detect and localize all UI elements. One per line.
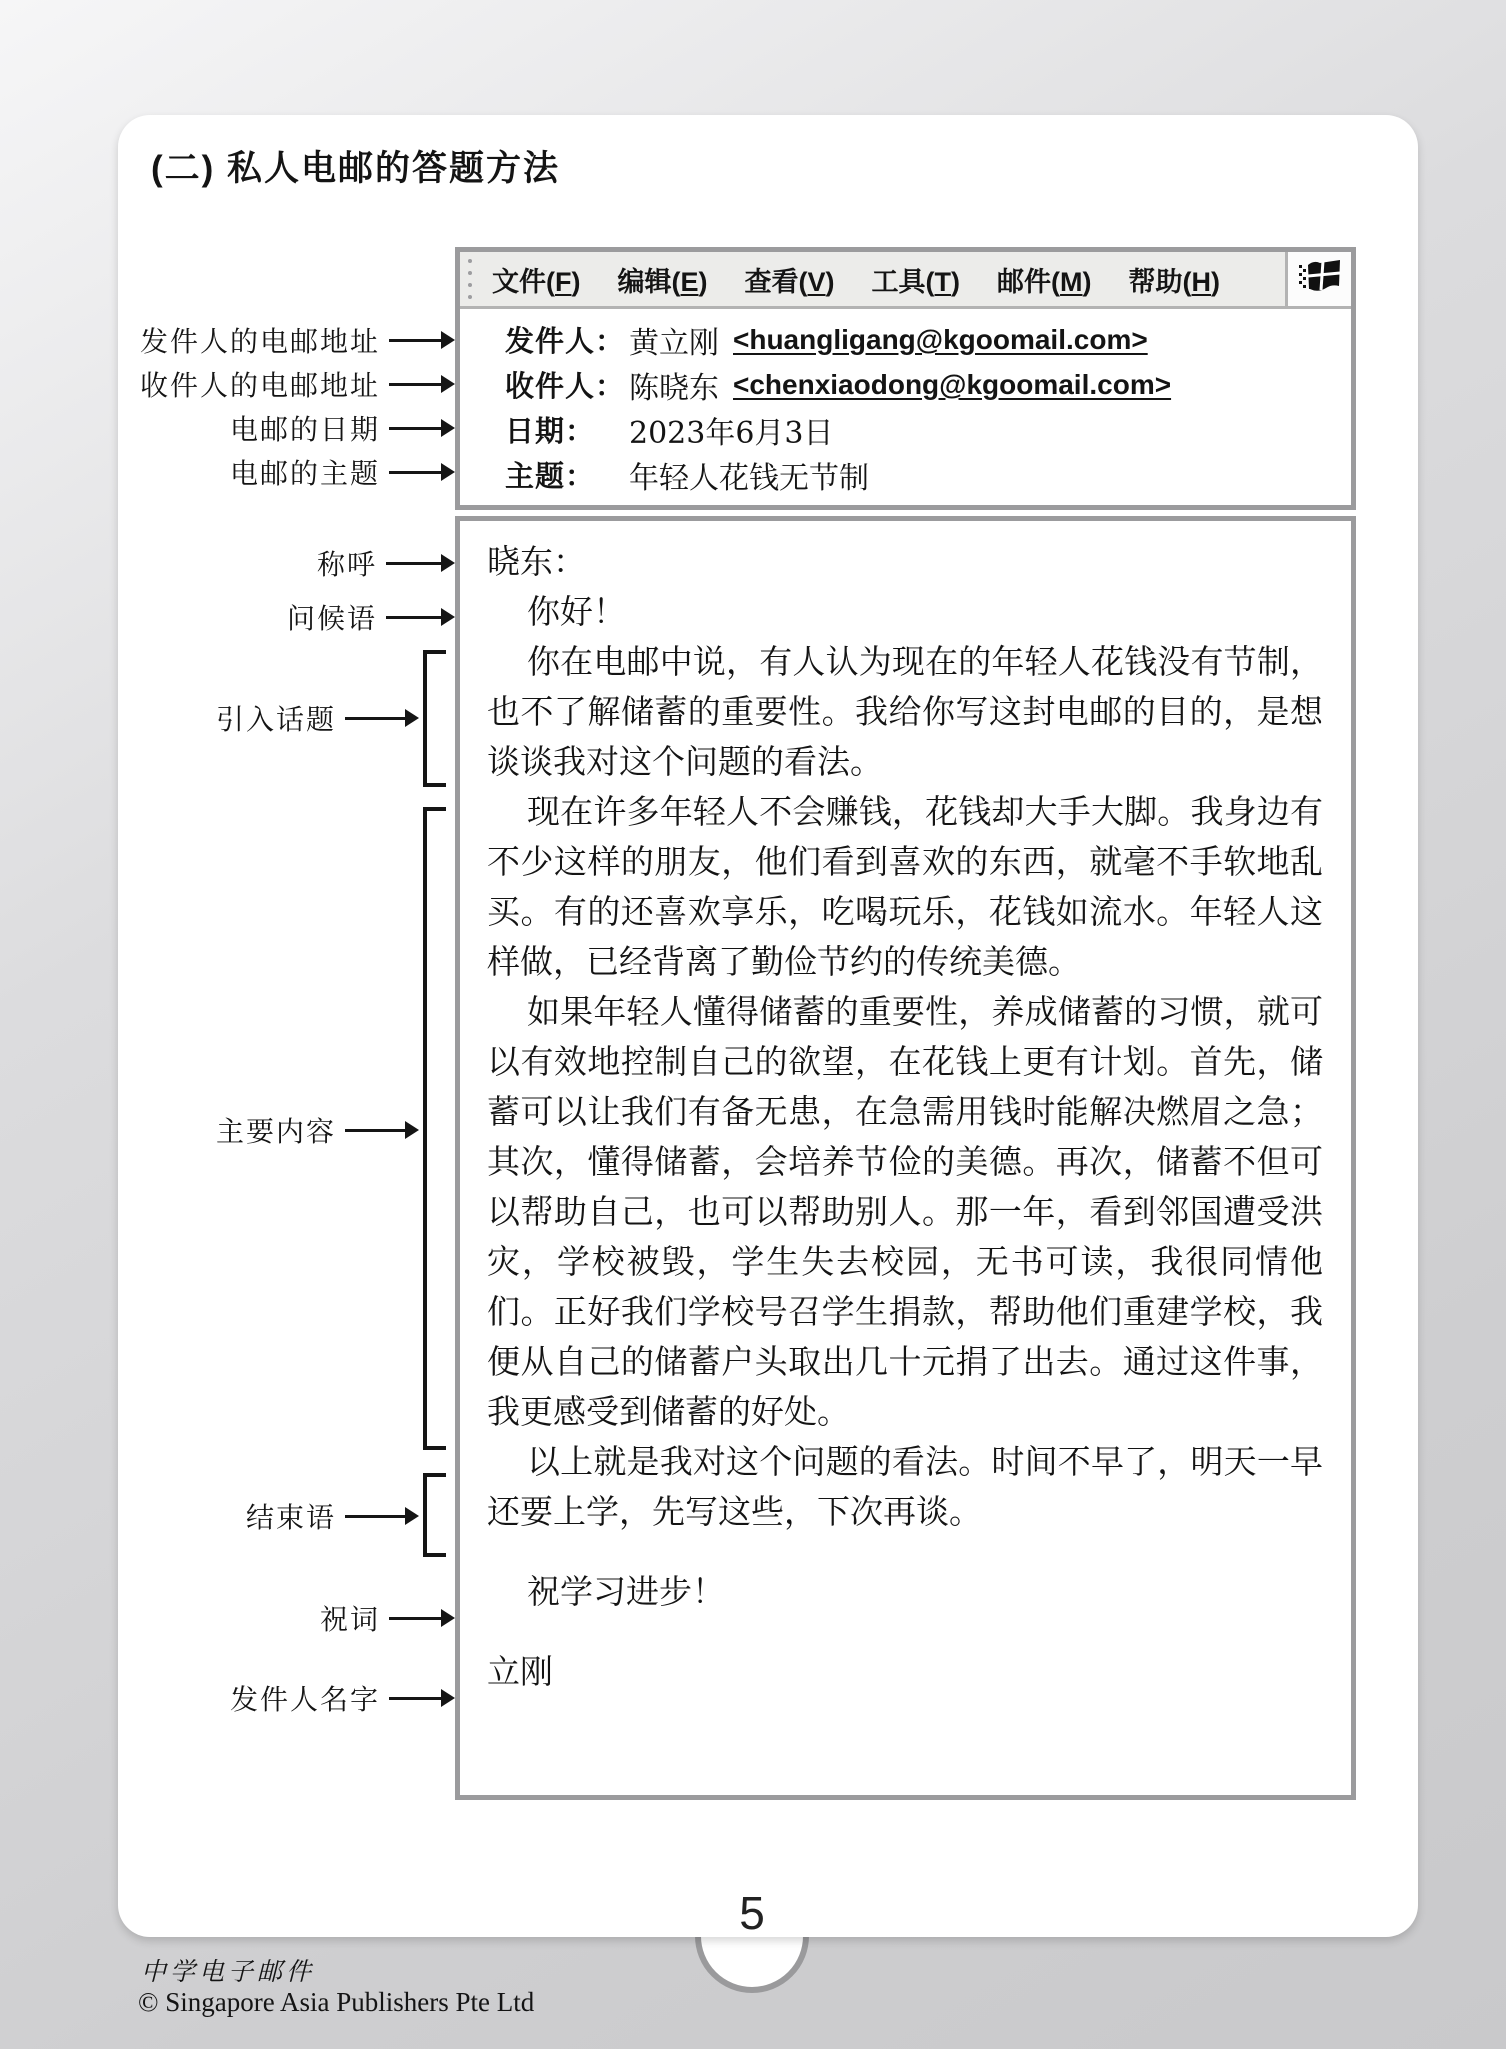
arrow-right-icon [386,562,441,565]
annotation-label: 发件人的电邮地址 [140,320,380,360]
page-title: (二) 私人电邮的答题方法 [151,141,560,191]
email-signature: 立刚 [487,1647,1323,1697]
page-number: 5 [695,1886,809,1940]
bracket-topic-intro [423,650,446,787]
email-body-paragraphs: 你在电邮中说，有人认为现在的年轻人花钱没有节制，也不了解储蓄的重要性。我给你写这… [487,637,1323,1537]
bracket-main-content [423,807,446,1450]
menu-bar: 文件(F)编辑(E)查看(V)工具(T)邮件(M)帮助(H) [460,252,1351,309]
menu-item-tools[interactable]: 工具(T) [872,260,961,299]
annotation-email-subject: 电邮的主题 [230,455,441,489]
annotation-label: 问候语 [287,597,377,637]
body-paragraph-4: 以上就是我对这个问题的看法。时间不早了，明天一早还要上学，先写这些，下次再谈。 [487,1437,1323,1537]
header-label-subject: 主题： [505,454,629,495]
header-value-from: 黄立刚 [629,318,719,362]
page-content: (二) 私人电邮的答题方法 文件(F)编辑(E)查看(V)工具(T)邮件(M)帮… [0,0,1506,2049]
email-window-header: 文件(F)编辑(E)查看(V)工具(T)邮件(M)帮助(H) [455,247,1356,510]
bracket-closing [423,1473,446,1557]
menu-item-file[interactable]: 文件(F) [492,260,581,299]
annotation-sender-address: 发件人的电邮地址 [140,323,441,357]
arrow-right-icon [345,1515,405,1518]
grip-handle-icon[interactable] [460,259,480,299]
annotation-label: 电邮的主题 [230,452,380,492]
annotation-sender-name: 发件人名字 [230,1681,441,1715]
arrow-right-icon [389,383,441,386]
email-greeting: 你好！ [487,587,1323,637]
header-row-subject: 主题：年轻人花钱无节制 [505,452,1351,497]
annotation-label: 发件人名字 [230,1678,380,1718]
header-value-date: 2023年6月3日 [629,408,834,452]
email-header-fields: 发件人：黄立刚<huangligang@kgoomail.com>收件人：陈晓东… [460,309,1351,497]
header-row-from: 发件人：黄立刚<huangligang@kgoomail.com> [505,317,1351,362]
menu-item-view[interactable]: 查看(V) [745,260,835,299]
arrow-right-icon [389,471,441,474]
windows-logo-button[interactable] [1285,252,1351,306]
arrow-right-icon [389,339,441,342]
annotation-label: 称呼 [317,543,377,583]
email-salutation: 晓东： [487,537,1323,587]
annotation-label: 电邮的日期 [230,408,380,448]
arrow-right-icon [389,1617,441,1620]
header-address-to[interactable]: <chenxiaodong@kgoomail.com> [733,369,1171,401]
header-row-to: 收件人：陈晓东<chenxiaodong@kgoomail.com> [505,362,1351,407]
arrow-right-icon [345,717,405,720]
header-address-from[interactable]: <huangligang@kgoomail.com> [733,324,1148,356]
header-label-to: 收件人： [505,364,629,405]
annotation-closing: 结束语 [246,1499,405,1533]
arrow-right-icon [345,1129,405,1132]
menu-item-help[interactable]: 帮助(H) [1129,260,1221,299]
footer-copyright: © Singapore Asia Publishers Pte Ltd [138,1987,534,2018]
annotation-label: 引入话题 [216,698,336,738]
body-paragraph-2: 现在许多年轻人不会赚钱，花钱却大手大脚。我身边有不少这样的朋友，他们看到喜欢的东… [487,787,1323,987]
arrow-right-icon [386,616,441,619]
annotation-label: 结束语 [246,1496,336,1536]
annotation-label: 主要内容 [216,1110,336,1150]
email-wish: 祝学习进步！ [487,1567,1323,1617]
menu-item-mail[interactable]: 邮件(M) [997,260,1092,299]
windows-logo-icon [1297,257,1343,302]
header-row-date: 日期：2023年6月3日 [505,407,1351,452]
body-paragraph-1: 你在电邮中说，有人认为现在的年轻人花钱没有节制，也不了解储蓄的重要性。我给你写这… [487,637,1323,787]
annotation-label: 收件人的电邮地址 [140,364,380,404]
menu-item-edit[interactable]: 编辑(E) [618,260,708,299]
header-label-date: 日期： [505,409,629,450]
annotation-recipient-address: 收件人的电邮地址 [140,367,441,401]
arrow-right-icon [389,1697,441,1700]
annotation-label: 祝词 [320,1598,380,1638]
annotation-email-date: 电邮的日期 [230,411,441,445]
annotation-topic-intro: 引入话题 [216,701,405,735]
annotation-wish: 祝词 [320,1601,441,1635]
annotation-salutation: 称呼 [317,546,441,580]
header-value-subject: 年轻人花钱无节制 [629,453,869,497]
email-body: 晓东： 你好！ 你在电邮中说，有人认为现在的年轻人花钱没有节制，也不了解储蓄的重… [455,516,1356,1800]
footer-book-title: 中学电子邮件 [141,1952,315,1988]
annotation-greeting: 问候语 [287,600,441,634]
body-paragraph-3: 如果年轻人懂得储蓄的重要性，养成储蓄的习惯，就可以有效地控制自己的欲望，在花钱上… [487,987,1323,1437]
arrow-right-icon [389,427,441,430]
menu-bar-items: 文件(F)编辑(E)查看(V)工具(T)邮件(M)帮助(H) [480,260,1220,299]
header-value-to: 陈晓东 [629,363,719,407]
annotation-main-content: 主要内容 [216,1113,405,1147]
header-label-from: 发件人： [505,319,629,360]
